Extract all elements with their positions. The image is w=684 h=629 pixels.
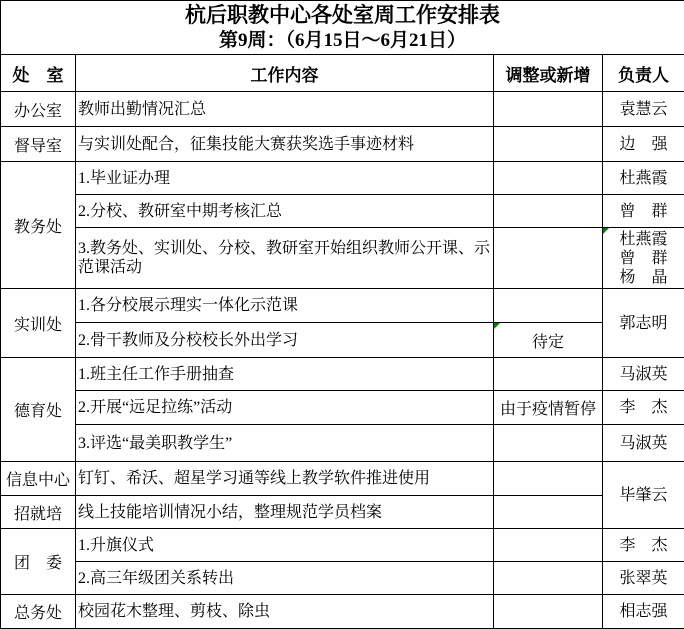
owner-cell: 马淑英 bbox=[603, 358, 684, 391]
table-row: 德育处 1.班主任工作手册抽查 马淑英 bbox=[1, 358, 684, 391]
table-title-cell: 杭后职教中心各处室周工作安排表 第9周：（6月15日～6月21日） bbox=[1, 1, 684, 55]
table-row: 总务处 校园花木整理、剪枝、除虫 相志强 bbox=[1, 595, 684, 629]
table-row: 信息中心 钉钉、希沃、超星学习通等线上教学软件推进使用 毕肇云 bbox=[1, 462, 684, 496]
table-row: 2.骨干教师及分校校长外出学习 待定 bbox=[1, 323, 684, 358]
department-cell: 实训处 bbox=[1, 289, 76, 358]
table-row: 2.开展“远足拉练”活动 由于疫情暂停 李 杰 bbox=[1, 391, 684, 425]
table-row: 督导室 与实训处配合，征集技能大赛获奖选手事迹材料 边 强 bbox=[1, 127, 684, 162]
owner-cell: 李 杰 bbox=[603, 391, 684, 425]
owner-cell: 郭志明 bbox=[603, 289, 684, 358]
content-cell: 2.分校、教研室中期考核汇总 bbox=[76, 195, 494, 228]
content-cell: 钉钉、希沃、超星学习通等线上教学软件推进使用 bbox=[76, 462, 494, 496]
owner-name: 杜燕霞 bbox=[605, 230, 682, 249]
content-cell: 与实训处配合，征集技能大赛获奖选手事迹材料 bbox=[76, 127, 494, 162]
adjust-cell bbox=[494, 529, 603, 562]
content-cell: 1.班主任工作手册抽查 bbox=[76, 358, 494, 391]
table-row: 3.评选“最美职教学生” 马淑英 bbox=[1, 425, 684, 462]
content-cell: 2.高三年级团关系转出 bbox=[76, 562, 494, 595]
content-cell: 教师出勤情况汇总 bbox=[76, 92, 494, 127]
content-cell: 3.教务处、实训处、分校、教研室开始组织教师公开课、示范课活动 bbox=[76, 228, 494, 289]
owner-cell: 毕肇云 bbox=[603, 462, 684, 529]
department-cell: 总务处 bbox=[1, 595, 76, 629]
owner-cell: 袁慧云 bbox=[603, 92, 684, 127]
header-content: 工作内容 bbox=[76, 55, 494, 92]
adjust-cell bbox=[494, 462, 603, 496]
weekly-schedule-table: 杭后职教中心各处室周工作安排表 第9周：（6月15日～6月21日） 处 室 工作… bbox=[0, 0, 684, 629]
adjust-cell bbox=[494, 162, 603, 195]
document-page: 杭后职教中心各处室周工作安排表 第9周：（6月15日～6月21日） 处 室 工作… bbox=[0, 0, 684, 628]
content-cell: 线上技能培训情况小结，整理规范学员档案 bbox=[76, 496, 494, 529]
owner-name: 曾 群 bbox=[605, 249, 682, 268]
department-cell: 德育处 bbox=[1, 358, 76, 462]
owner-cell: 张翠英 bbox=[603, 562, 684, 595]
table-row: 办公室 教师出勤情况汇总 袁慧云 bbox=[1, 92, 684, 127]
department-cell: 信息中心 bbox=[1, 462, 76, 496]
owner-cell: 相志强 bbox=[603, 595, 684, 629]
owner-cell: 杜燕霞 bbox=[603, 162, 684, 195]
content-cell: 2.开展“远足拉练”活动 bbox=[76, 391, 494, 425]
adjust-cell bbox=[494, 195, 603, 228]
adjust-cell bbox=[494, 562, 603, 595]
table-row: 2.分校、教研室中期考核汇总 曾 群 bbox=[1, 195, 684, 228]
owner-cell: 曾 群 bbox=[603, 195, 684, 228]
department-cell: 督导室 bbox=[1, 127, 76, 162]
table-row: 团 委 1.升旗仪式 李 杰 bbox=[1, 529, 684, 562]
department-cell: 办公室 bbox=[1, 92, 76, 127]
adjust-cell: 由于疫情暂停 bbox=[494, 391, 603, 425]
header-owner: 负责人 bbox=[603, 55, 684, 92]
table-row: 教务处 1.毕业证办理 杜燕霞 bbox=[1, 162, 684, 195]
content-cell: 2.骨干教师及分校校长外出学习 bbox=[76, 323, 494, 358]
owner-cell: 边 强 bbox=[603, 127, 684, 162]
content-cell: 1.升旗仪式 bbox=[76, 529, 494, 562]
header-adjust: 调整或新增 bbox=[494, 55, 603, 92]
adjust-cell bbox=[494, 228, 603, 289]
department-cell: 招就培 bbox=[1, 496, 76, 529]
page-title: 杭后职教中心各处室周工作安排表 bbox=[3, 2, 682, 29]
cell-flag-icon bbox=[494, 323, 500, 329]
cell-flag-icon bbox=[603, 228, 609, 234]
adjust-cell bbox=[494, 595, 603, 629]
owner-name: 杨 晶 bbox=[605, 268, 682, 287]
table-row: 招就培 线上技能培训情况小结，整理规范学员档案 bbox=[1, 496, 684, 529]
adjust-cell bbox=[494, 358, 603, 391]
content-cell: 1.各分校展示理实一体化示范课 bbox=[76, 289, 494, 323]
adjust-cell bbox=[494, 496, 603, 529]
content-cell: 3.评选“最美职教学生” bbox=[76, 425, 494, 462]
table-row: 3.教务处、实训处、分校、教研室开始组织教师公开课、示范课活动 杜燕霞 曾 群 … bbox=[1, 228, 684, 289]
header-department: 处 室 bbox=[1, 55, 76, 92]
owner-cell: 李 杰 bbox=[603, 529, 684, 562]
adjust-text: 待定 bbox=[532, 334, 564, 351]
content-cell: 校园花木整理、剪枝、除虫 bbox=[76, 595, 494, 629]
adjust-cell bbox=[494, 289, 603, 323]
owner-cell: 马淑英 bbox=[603, 425, 684, 462]
department-cell: 教务处 bbox=[1, 162, 76, 289]
table-row: 2.高三年级团关系转出 张翠英 bbox=[1, 562, 684, 595]
adjust-cell bbox=[494, 92, 603, 127]
adjust-cell: 待定 bbox=[494, 323, 603, 358]
table-row: 实训处 1.各分校展示理实一体化示范课 郭志明 bbox=[1, 289, 684, 323]
owner-cell: 杜燕霞 曾 群 杨 晶 bbox=[603, 228, 684, 289]
content-cell: 1.毕业证办理 bbox=[76, 162, 494, 195]
page-subtitle: 第9周：（6月15日～6月21日） bbox=[3, 29, 682, 53]
adjust-cell bbox=[494, 127, 603, 162]
adjust-cell bbox=[494, 425, 603, 462]
department-cell: 团 委 bbox=[1, 529, 76, 595]
